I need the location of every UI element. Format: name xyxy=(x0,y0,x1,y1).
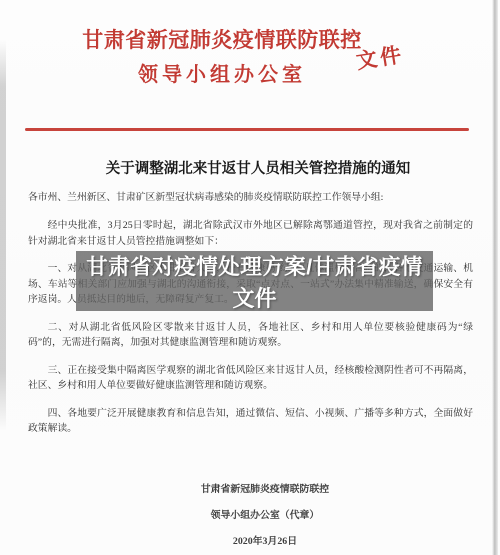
caption-overlay-line2: 文件 xyxy=(232,282,276,313)
paragraph-item-2: 二、对从湖北省低风险区零散来甘返甘人员，各地社区、乡村和用人单位要核验健康码为“… xyxy=(28,320,473,351)
caption-overlay: 甘肃省对疫情处理方案/甘肃省疫情 文件 xyxy=(76,251,433,311)
paragraph-intro: 经中央批准，3月25日零时起，湖北省除武汉市外地区已解除离鄂通道管控，现对我省之… xyxy=(28,218,473,249)
scan-edge-shadow-right xyxy=(492,0,498,555)
scan-edge-shadow-left xyxy=(0,40,6,430)
red-divider-line xyxy=(25,128,469,131)
paragraph-item-3: 三、正在接受集中隔离医学观察的湖北省低风险区来甘返甘人员，经核酸检测阴性者可不再… xyxy=(28,363,473,394)
document-title: 关于调整湖北来甘返甘人员相关管控措施的通知 xyxy=(30,157,486,178)
scanned-document-page: 甘肃省新冠肺炎疫情联防联控 领导小组办公室 文件 关于调整湖北来甘返甘人员相关管… xyxy=(0,0,500,555)
document-body: 各市州、兰州新区、甘肃矿区新型冠状病毒感染的肺炎疫情联防联控工作领导小组: 经中… xyxy=(28,190,473,449)
signature-block: 甘肃省新冠肺炎疫情联防联控 领导小组办公室（代章） 2020年3月26日 xyxy=(15,477,500,555)
signature-date: 2020年3月26日 xyxy=(15,529,500,555)
paragraph-item-4: 四、各地要广泛开展健康教育和信息告知，通过微信、短信、小视频、广播等多种方式，全… xyxy=(28,406,473,437)
signature-org-line1: 甘肃省新冠肺炎疫情联防联控 xyxy=(15,477,500,503)
caption-overlay-line1: 甘肃省对疫情处理方案/甘肃省疫情 xyxy=(86,250,422,281)
recipient-line: 各市州、兰州新区、甘肃矿区新型冠状病毒感染的肺炎疫情联防联控工作领导小组: xyxy=(28,190,473,205)
signature-org-line2: 领导小组办公室（代章） xyxy=(15,503,500,529)
